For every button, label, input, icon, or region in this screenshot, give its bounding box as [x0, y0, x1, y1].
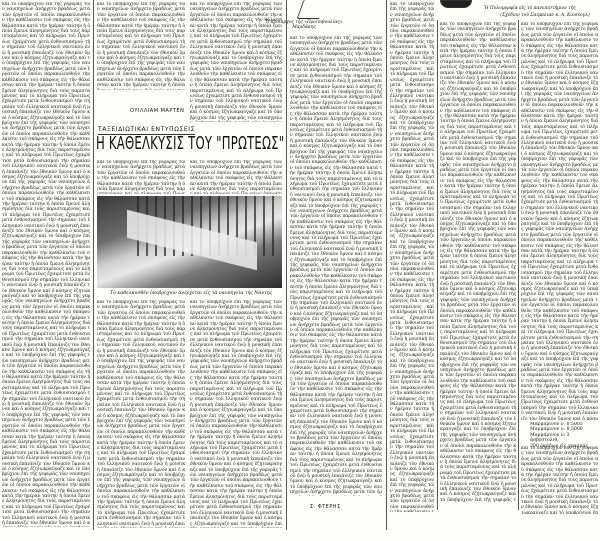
right-article-col-2: καὶ τὸ ὑποβρύχιον ἐπὶ τῆς γεφυρᾶς τῶν να… [521, 22, 598, 420]
main-article-intro-col-1: καὶ τὸ ὑποβρύχιον ἐπὶ τῆς γεφυρᾶς τῶν να… [97, 160, 185, 194]
article-headline: Η ΚΑΘΕΛΚΥΣΙΣ ΤΟΥ "ΠΡΩΤΕΩΣ" [96, 134, 286, 154]
column-divider [518, 20, 519, 510]
portrait-sketch-illustration [297, 0, 327, 19]
submarine-launch-photo [97, 196, 282, 288]
column-1-text: καὶ τὸ ὑποβρύχιον ἐπὶ τῆς γεφυρᾶς τῶν να… [2, 2, 90, 527]
column-divider [93, 0, 94, 530]
photo-caption: Τὸ καθελκυσθὲν ὑποβρύχιον ἀνέρχεται εἰς … [110, 291, 272, 296]
list-line: Μαρμάρινον ν. 3 ἀσβεστολιθ. [530, 433, 598, 444]
right-article-col-2-bottom: καὶ τὸ ὑποβρύχιον ἐπὶ τῆς γεφυρᾶς τῶν να… [521, 446, 598, 514]
center-article-signature: Σ. ΦΤΕΡΗΣ [310, 505, 341, 510]
left-article-signature: ΟΥΙΛΛΙΑΜ ΜΑΡΤΕΝ [130, 108, 184, 114]
column-divider [286, 0, 287, 530]
main-article-body-col-1: καὶ τὸ ὑποβρύχιον ἐπὶ τῆς γεφυρᾶς τῶν να… [97, 300, 185, 528]
main-article-intro-col-2: καὶ τὸ ὑποβρύχιον ἐπὶ τῆς γεφυρᾶς τῶν να… [190, 160, 282, 194]
column-divider [386, 0, 387, 530]
left-article-text: καὶ τὸ ὑποβρύχιον ἐπὶ τῆς γεφυρᾶς τῶν να… [97, 2, 185, 90]
main-article-body-col-2: καὶ τὸ ὑποβρύχιον ἐπὶ τῆς γεφυρᾶς τῶν να… [190, 300, 282, 528]
right-article-list: Μαρμάρινον ν. 8,5005 Μαρμάρινον ν. 8,500… [530, 422, 598, 449]
newspaper-page: καὶ τὸ ὑποβρύχιον ἐπὶ τῆς γεφυρᾶς τῶν να… [0, 0, 600, 541]
right-illustration-caption: Ἡ Πολυμορφία εἰς τὸ πανεπιστήμιον τῆς [460, 6, 600, 11]
column-divider [437, 20, 438, 510]
right-illustration-credit: (Σχέδιον τοῦ Σαιμπλιαν κ. Α. Κιοσέογλ) [490, 13, 600, 18]
right-article-col-1: καὶ τὸ ὑποβρύχιον ἐπὶ τῆς γεφυρᾶς τῶν να… [440, 22, 516, 502]
center-article-col-1: καὶ τὸ ὑποβρύχιον ἐπὶ τῆς γεφυρᾶς τῶν να… [290, 36, 382, 496]
center-article-col-2: καὶ τὸ ὑποβρύχιον ἐπὶ τῆς γεφυρᾶς τῶν να… [390, 2, 434, 512]
center-illustration-caption: Ὁ πλοίαρχος τῆς «Πρωτοβουλίας» Μαρδάκης [262, 20, 346, 30]
